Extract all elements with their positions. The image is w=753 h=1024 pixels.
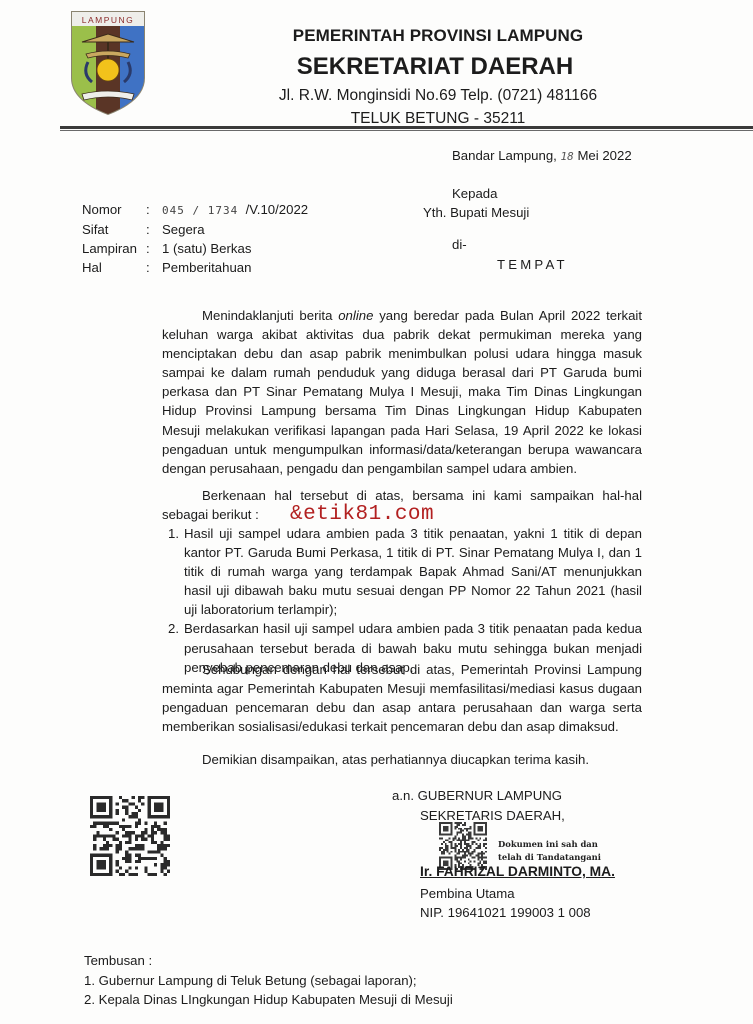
- lampung-coat-of-arms-logo: LAMPUNG: [68, 8, 148, 116]
- recipient-kepada: Kepada: [452, 184, 497, 203]
- paragraph-closing: Demikian disampaikan, atas perhatiannya …: [162, 750, 642, 769]
- paragraph-1: Menindaklanjuti berita online yang bered…: [162, 306, 642, 478]
- qr-code[interactable]: [90, 796, 170, 876]
- government-name: PEMERINTAH PROVINSI LAMPUNG: [226, 22, 650, 50]
- signature-qr-code[interactable]: [436, 822, 490, 870]
- carbon-copy: Tembusan : 1. Gubernur Lampung di Teluk …: [84, 951, 453, 1010]
- letter-page: LAMPUNG PEMERINTAH PROVINSI LAMPUNG SEKR…: [0, 0, 753, 1024]
- office-name: SEKRETARIAT DAERAH: [220, 50, 650, 84]
- recipient-name: Yth. Bupati Mesuji: [423, 203, 529, 222]
- meta-row-nomor: Nomor : 045 / 1734 /V.10/2022: [82, 200, 308, 220]
- letterhead: PEMERINTAH PROVINSI LAMPUNG SEKRETARIAT …: [170, 22, 650, 130]
- date-day-handwritten: 18: [561, 150, 574, 163]
- paragraph-3: Sehubungan dengan hal tersebut di atas, …: [162, 660, 642, 736]
- watermark: &etik81.com: [290, 503, 434, 526]
- letter-number: 045 / 1734 /V.10/2022: [162, 200, 308, 220]
- recipient-di: di-: [452, 235, 467, 254]
- svg-text:LAMPUNG: LAMPUNG: [82, 15, 135, 25]
- letter-meta: Nomor : 045 / 1734 /V.10/2022 Sifat : Se…: [82, 200, 308, 277]
- recipient-place: TEMPAT: [497, 255, 568, 274]
- date-line: Bandar Lampung, 18 Mei 2022: [452, 146, 632, 166]
- office-address: Jl. R.W. Monginsidi No.69 Telp. (0721) 4…: [226, 84, 650, 108]
- carbon-copy-item: 1. Gubernur Lampung di Teluk Betung (seb…: [84, 971, 453, 991]
- carbon-copy-title: Tembusan :: [84, 951, 453, 971]
- signature-on-behalf: a.n. GUBERNUR LAMPUNG: [392, 786, 565, 806]
- findings-list: 1.Hasil uji sampel udara ambien pada 3 t…: [162, 524, 642, 677]
- letterhead-divider: [60, 126, 753, 129]
- meta-row-lampiran: Lampiran : 1 (satu) Berkas: [82, 239, 308, 258]
- signatory-rank: Pembina Utama: [420, 884, 515, 903]
- meta-row-hal: Hal : Pemberitahuan: [82, 258, 308, 277]
- signatory-name: Ir. FAHRIZAL DARMINTO, MA.: [420, 864, 615, 879]
- meta-row-sifat: Sifat : Segera: [82, 220, 308, 239]
- carbon-copy-item: 2. Kepala Dinas LIngkungan Hidup Kabupat…: [84, 990, 453, 1010]
- signatory-nip: NIP. 19641021 199003 1 008: [420, 903, 591, 922]
- letterhead-divider-thin: [60, 130, 753, 131]
- signature-validation-note: Dokumen ini sah dan telah di Tandatangan…: [498, 838, 601, 864]
- signature-block: a.n. GUBERNUR LAMPUNG SEKRETARIS DAERAH,: [392, 786, 565, 825]
- list-item: 1.Hasil uji sampel udara ambien pada 3 t…: [162, 524, 642, 619]
